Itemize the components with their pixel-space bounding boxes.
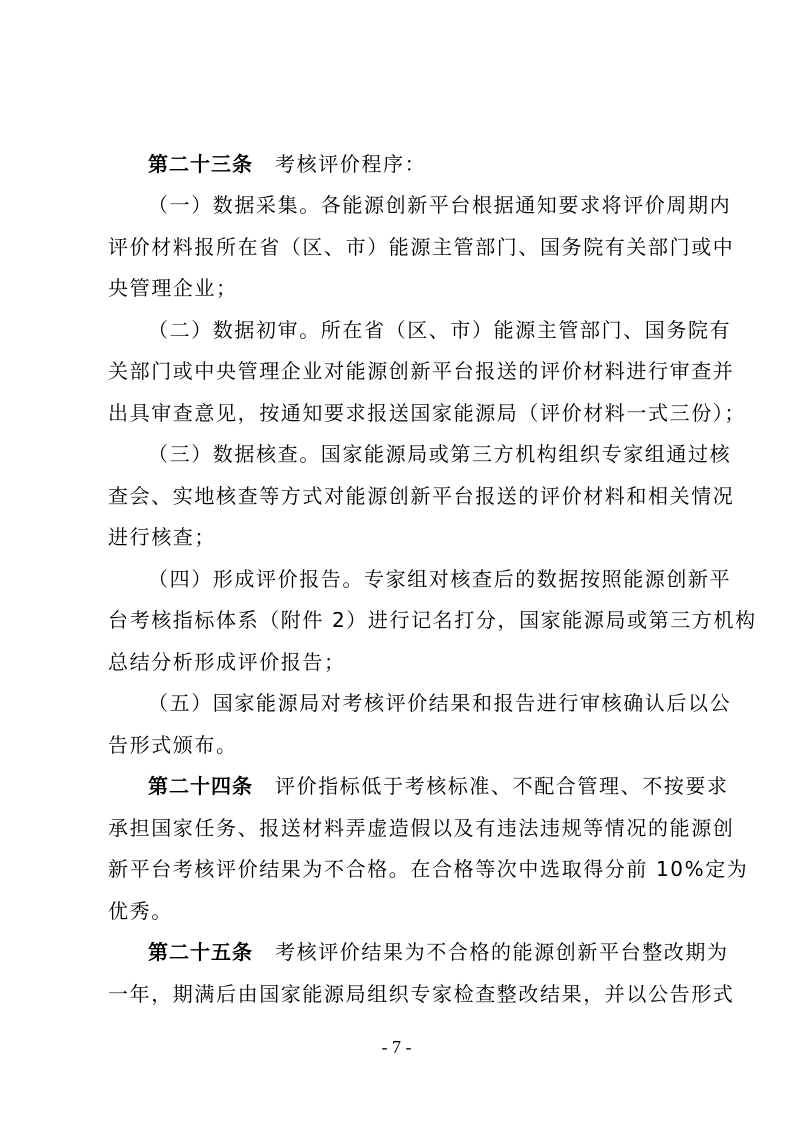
paragraph-line: 查会、实地核查等方式对能源创新平台报送的评价材料和相关情况 — [108, 484, 734, 508]
paragraph-line: （一）数据采集。各能源创新平台根据通知要求将评价周期内 — [148, 193, 731, 217]
paragraph-line: 出具审查意见，按通知要求报送国家能源局（评价材料一式三份）； — [108, 401, 746, 425]
article-heading: 第二十三条 — [148, 152, 253, 176]
paragraph-line: 总结分析形成评价报告； — [108, 650, 346, 674]
page-number: - 7 - — [0, 1037, 793, 1058]
paragraph-line: （五）国家能源局对考核评价结果和报告进行审核确认后以公 — [148, 691, 731, 715]
paragraph-line: （三）数据核查。国家能源局或第三方机构组织专家组通过核 — [148, 442, 731, 466]
paragraph-line: 优秀。 — [108, 899, 173, 923]
paragraph-line: 关部门或中央管理企业对能源创新平台报送的评价材料进行审查并 — [108, 359, 734, 383]
paragraph-line: （二）数据初审。所在省（区、市）能源主管部门、国务院有 — [148, 318, 731, 342]
article-heading: 第二十五条 — [148, 940, 253, 964]
article-heading: 第二十四条 — [148, 774, 253, 798]
paragraph-line: （四）形成评价报告。专家组对核查后的数据按照能源创新平 — [148, 567, 731, 591]
paragraph-text: 考核评价结果为不合格的能源创新平台整改期为 — [275, 940, 729, 964]
article-24-heading-line: 第二十四条评价指标低于考核标准、不配合管理、不按要求 — [148, 774, 729, 798]
paragraph-line: 承担国家任务、报送材料弄虚造假以及有违法违规等情况的能源创 — [108, 816, 734, 840]
paragraph-line: 新平台考核评价结果为不合格。在合格等次中选取得分前 10%定为 — [108, 857, 748, 881]
article-25-heading-line: 第二十五条考核评价结果为不合格的能源创新平台整改期为 — [148, 940, 729, 964]
article-23-heading-line: 第二十三条考核评价程序： — [148, 152, 426, 176]
paragraph-line: 一年，期满后由国家能源局组织专家检查整改结果，并以公告形式 — [108, 982, 734, 1006]
article-title: 考核评价程序： — [275, 152, 426, 176]
paragraph-line: 评价材料报所在省（区、市）能源主管部门、国务院有关部门或中 — [108, 235, 734, 259]
paragraph-line: 台考核指标体系（附件 2）进行记名打分，国家能源局或第三方机构 — [108, 608, 757, 632]
paragraph-line: 告形式颁布。 — [108, 733, 238, 757]
paragraph-line: 央管理企业； — [108, 276, 238, 300]
paragraph-text: 评价指标低于考核标准、不配合管理、不按要求 — [275, 774, 729, 798]
paragraph-line: 进行核查； — [108, 525, 216, 549]
